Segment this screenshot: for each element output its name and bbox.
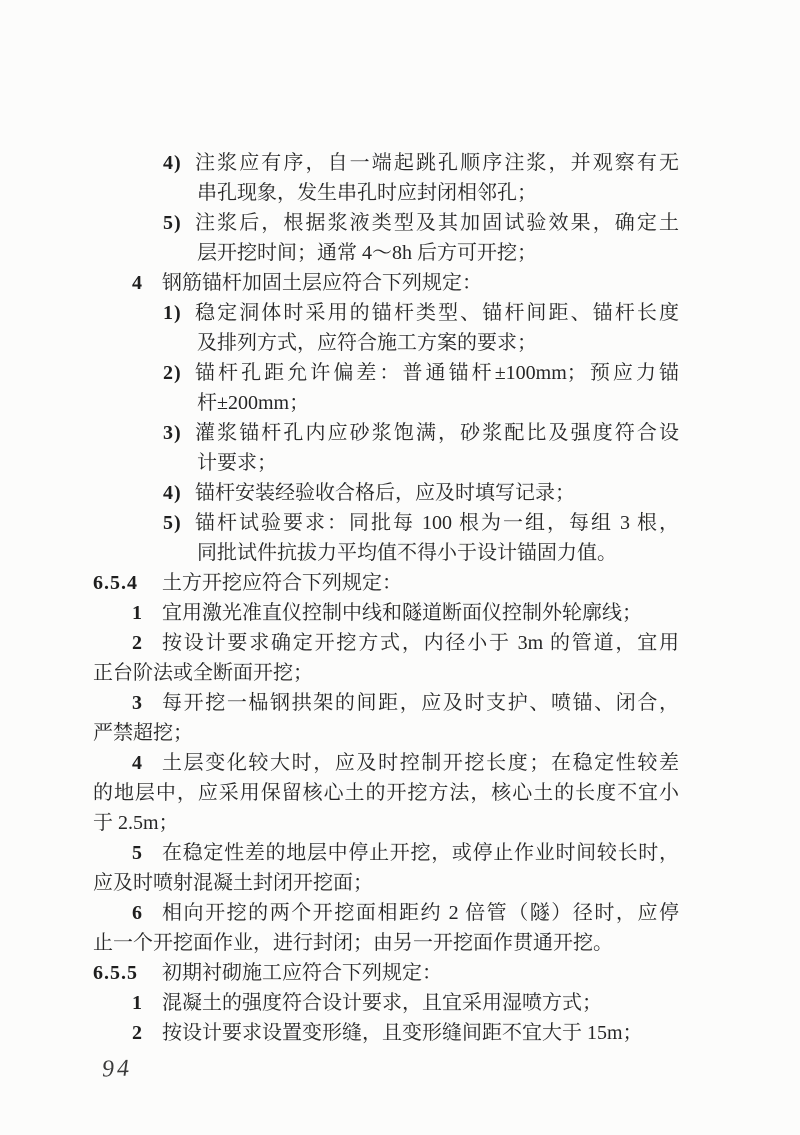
line-text: 锚杆安装经验收合格后，应及时填写记录； xyxy=(195,478,679,508)
item-number: 1 xyxy=(132,988,143,1018)
list-item-line: 4钢筋锚杆加固土层应符合下列规定： xyxy=(93,268,679,298)
clause-number: 6.5.4 xyxy=(93,568,138,598)
item-number: 2 xyxy=(132,628,143,658)
line-text: 锚杆孔距允许偏差：普通锚杆±100mm；预应力锚 xyxy=(195,358,679,388)
list-item-line: 5在稳定性差的地层中停止开挖，或停止作业时间较长时， xyxy=(93,838,679,868)
list-item-line: 5)注浆后，根据浆液类型及其加固试验效果，确定土 xyxy=(93,208,679,238)
list-item-line: 1宜用激光准直仪控制中线和隧道断面仪控制外轮廓线； xyxy=(93,598,679,628)
line-text: 宜用激光准直仪控制中线和隧道断面仪控制外轮廓线； xyxy=(162,598,679,628)
line-text: 应及时喷射混凝土封闭开挖面； xyxy=(93,868,679,898)
item-number: 6 xyxy=(132,898,143,928)
line-text: 灌浆锚杆孔内应砂浆饱满，砂浆配比及强度符合设 xyxy=(195,418,679,448)
continuation-line: 杆±200mm； xyxy=(93,388,679,418)
clause-line: 6.5.4土方开挖应符合下列规定： xyxy=(93,568,679,598)
line-text: 正台阶法或全断面开挖； xyxy=(93,658,679,688)
item-number: 5 xyxy=(132,838,143,868)
item-number: 2) xyxy=(163,358,182,388)
item-number: 5) xyxy=(163,208,182,238)
line-text: 锚杆试验要求：同批每 100 根为一组，每组 3 根， xyxy=(195,508,679,538)
list-item-line: 4)锚杆安装经验收合格后，应及时填写记录； xyxy=(93,478,679,508)
item-number: 2 xyxy=(132,1018,143,1048)
item-number: 4) xyxy=(163,478,182,508)
continuation-line: 计要求； xyxy=(93,448,679,478)
list-item-line: 2按设计要求设置变形缝，且变形缝间距不宜大于 15m； xyxy=(93,1018,679,1048)
line-text: 按设计要求设置变形缝，且变形缝间距不宜大于 15m； xyxy=(162,1018,679,1048)
clause-number: 6.5.5 xyxy=(93,958,138,988)
list-item-line: 3每开挖一榀钢拱架的间距，应及时支护、喷锚、闭合， xyxy=(93,688,679,718)
continuation-line: 应及时喷射混凝土封闭开挖面； xyxy=(93,868,679,898)
text-block: 4)注浆应有序，自一端起跳孔顺序注浆，并观察有无串孔现象，发生串孔时应封闭相邻孔… xyxy=(93,148,679,1048)
line-text: 止一个开挖面作业，进行封闭；由另一开挖面作贯通开挖。 xyxy=(93,928,679,958)
item-number: 3) xyxy=(163,418,182,448)
continuation-line: 的地层中，应采用保留核心土的开挖方法，核心土的长度不宜小 xyxy=(93,778,679,808)
list-item-line: 5)锚杆试验要求：同批每 100 根为一组，每组 3 根， xyxy=(93,508,679,538)
clause-line: 6.5.5初期衬砌施工应符合下列规定： xyxy=(93,958,679,988)
continuation-line: 正台阶法或全断面开挖； xyxy=(93,658,679,688)
continuation-line: 层开挖时间；通常 4～8h 后方可开挖； xyxy=(93,238,679,268)
line-text: 注浆后，根据浆液类型及其加固试验效果，确定土 xyxy=(195,208,679,238)
line-text: 及排列方式，应符合施工方案的要求； xyxy=(197,328,679,358)
item-number: 1) xyxy=(163,298,182,328)
line-text: 在稳定性差的地层中停止开挖，或停止作业时间较长时， xyxy=(162,838,679,868)
item-number: 4 xyxy=(132,748,143,778)
item-number: 5) xyxy=(163,508,182,538)
line-text: 计要求； xyxy=(197,448,679,478)
line-text: 钢筋锚杆加固土层应符合下列规定： xyxy=(162,268,679,298)
list-item-line: 3)灌浆锚杆孔内应砂浆饱满，砂浆配比及强度符合设 xyxy=(93,418,679,448)
list-item-line: 4土层变化较大时，应及时控制开挖长度；在稳定性较差 xyxy=(93,748,679,778)
list-item-line: 4)注浆应有序，自一端起跳孔顺序注浆，并观察有无 xyxy=(93,148,679,178)
line-text: 串孔现象，发生串孔时应封闭相邻孔； xyxy=(197,178,679,208)
line-text: 同批试件抗拔力平均值不得小于设计锚固力值。 xyxy=(197,538,679,568)
continuation-line: 同批试件抗拔力平均值不得小于设计锚固力值。 xyxy=(93,538,679,568)
continuation-line: 串孔现象，发生串孔时应封闭相邻孔； xyxy=(93,178,679,208)
line-text: 土方开挖应符合下列规定： xyxy=(162,568,679,598)
continuation-line: 严禁超挖； xyxy=(93,718,679,748)
item-number: 4) xyxy=(163,148,182,178)
line-text: 杆±200mm； xyxy=(197,388,679,418)
line-text: 注浆应有序，自一端起跳孔顺序注浆，并观察有无 xyxy=(195,148,679,178)
line-text: 的地层中，应采用保留核心土的开挖方法，核心土的长度不宜小 xyxy=(93,778,679,808)
line-text: 按设计要求确定开挖方式，内径小于 3m 的管道，宜用 xyxy=(162,628,679,658)
item-number: 4 xyxy=(132,268,143,298)
line-text: 层开挖时间；通常 4～8h 后方可开挖； xyxy=(197,238,679,268)
line-text: 初期衬砌施工应符合下列规定： xyxy=(162,958,679,988)
line-text: 混凝土的强度符合设计要求，且宜采用湿喷方式； xyxy=(162,988,679,1018)
item-number: 1 xyxy=(132,598,143,628)
line-text: 每开挖一榀钢拱架的间距，应及时支护、喷锚、闭合， xyxy=(162,688,679,718)
line-text: 土层变化较大时，应及时控制开挖长度；在稳定性较差 xyxy=(162,748,679,778)
continuation-line: 及排列方式，应符合施工方案的要求； xyxy=(93,328,679,358)
list-item-line: 2)锚杆孔距允许偏差：普通锚杆±100mm；预应力锚 xyxy=(93,358,679,388)
list-item-line: 2按设计要求确定开挖方式，内径小于 3m 的管道，宜用 xyxy=(93,628,679,658)
line-text: 相向开挖的两个开挖面相距约 2 倍管（隧）径时，应停 xyxy=(162,898,679,928)
line-text: 于 2.5m； xyxy=(93,808,679,838)
list-item-line: 1混凝土的强度符合设计要求，且宜采用湿喷方式； xyxy=(93,988,679,1018)
continuation-line: 于 2.5m； xyxy=(93,808,679,838)
continuation-line: 止一个开挖面作业，进行封闭；由另一开挖面作贯通开挖。 xyxy=(93,928,679,958)
item-number: 3 xyxy=(132,688,143,718)
list-item-line: 6相向开挖的两个开挖面相距约 2 倍管（隧）径时，应停 xyxy=(93,898,679,928)
line-text: 稳定洞体时采用的锚杆类型、锚杆间距、锚杆长度 xyxy=(195,298,679,328)
page-number: 94 xyxy=(102,1055,133,1083)
line-text: 严禁超挖； xyxy=(93,718,679,748)
list-item-line: 1)稳定洞体时采用的锚杆类型、锚杆间距、锚杆长度 xyxy=(93,298,679,328)
document-page: 4)注浆应有序，自一端起跳孔顺序注浆，并观察有无串孔现象，发生串孔时应封闭相邻孔… xyxy=(0,0,800,1135)
